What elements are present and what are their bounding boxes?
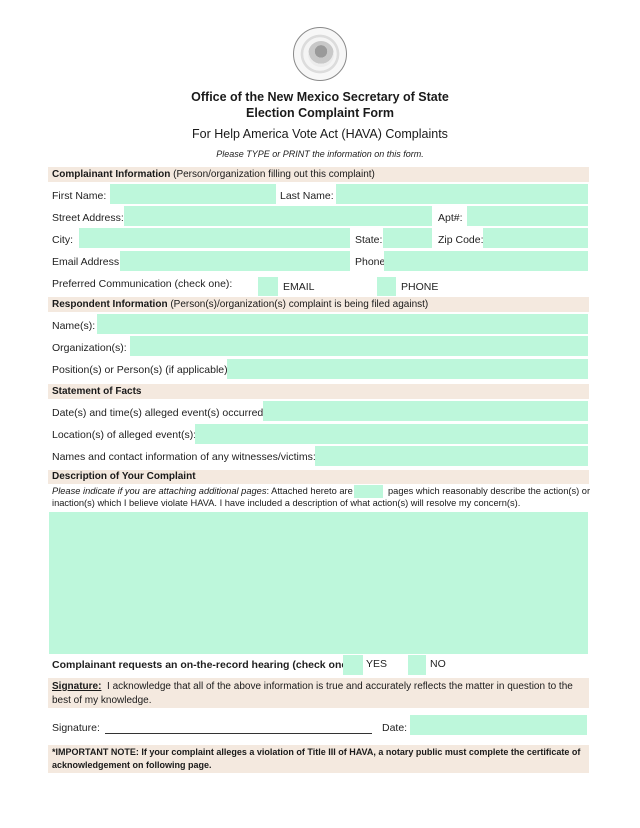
instructions: Please TYPE or PRINT the information on … [0,149,640,159]
witnesses-label: Names and contact information of any wit… [52,451,316,463]
last-name-label: Last Name: [280,190,334,202]
position-field[interactable] [227,359,588,379]
description-heading: Description of Your Complaint [48,470,589,484]
event-date-field[interactable] [263,401,588,421]
form-title: Election Complaint Form [0,106,640,120]
street-address-field[interactable] [124,206,432,226]
signature-date-field[interactable] [410,715,587,735]
attached-pages-text: pages which reasonably describe the acti… [388,486,590,496]
organization-field[interactable] [130,336,588,356]
first-name-label: First Name: [52,190,106,202]
attached-pages-text-2: inaction(s) which I believe violate HAVA… [52,498,520,508]
last-name-field[interactable] [336,184,588,204]
attached-pages-line: Please indicate if you are attaching add… [52,486,367,496]
hearing-yes-checkbox[interactable] [343,655,363,675]
hearing-yes-label: YES [366,658,387,670]
zip-code-label: Zip Code: [438,234,484,246]
respondent-names-field[interactable] [97,314,588,334]
city-field[interactable] [79,228,350,248]
event-date-label: Date(s) and time(s) alleged event(s) occ… [52,407,266,419]
signature-acknowledgement: Signature: I acknowledge that all of the… [48,678,589,708]
organization-label: Organization(s): [52,342,127,354]
office-title: Office of the New Mexico Secretary of St… [0,90,640,104]
phone-field[interactable] [384,251,588,271]
signature-line[interactable] [105,722,372,734]
signature-date-label: Date: [382,722,407,734]
state-field[interactable] [383,228,432,248]
hearing-no-label: NO [430,658,446,670]
street-address-label: Street Address: [52,212,124,224]
email-address-label: Email Address: [52,256,122,268]
important-note: *IMPORTANT NOTE: If your complaint alleg… [48,745,589,773]
hearing-label: Complainant requests an on-the-record he… [52,659,354,671]
state-seal-icon [293,27,347,81]
event-location-label: Location(s) of alleged event(s): [52,429,196,441]
apt-label: Apt#: [438,212,463,224]
complaint-description-textarea[interactable] [49,512,588,654]
zip-code-field[interactable] [483,228,588,248]
phone-option-label: PHONE [401,281,438,293]
signature-heading: Signature: [52,681,101,692]
first-name-field[interactable] [110,184,276,204]
attached-pages-count-field[interactable] [354,485,383,498]
city-label: City: [52,234,73,246]
apt-field[interactable] [467,206,588,226]
form-subtitle: For Help America Vote Act (HAVA) Complai… [0,127,640,141]
respondent-heading: Respondent Information (Person(s)/organi… [48,297,589,312]
event-location-field[interactable] [195,424,588,444]
witnesses-field[interactable] [315,446,588,466]
email-address-field[interactable] [120,251,350,271]
position-label: Position(s) or Person(s) (if applicable)… [52,364,231,376]
complainant-heading: Complainant Information (Person/organiza… [48,167,589,182]
phone-checkbox[interactable] [377,277,396,296]
preferred-communication-label: Preferred Communication (check one): [52,278,232,290]
acknowledgement-text-2: best of my knowledge. [52,695,152,706]
respondent-names-label: Name(s): [52,320,95,332]
state-label: State: [355,234,382,246]
email-checkbox[interactable] [258,277,278,296]
hearing-no-checkbox[interactable] [408,655,426,675]
acknowledgement-text: I acknowledge that all of the above info… [107,681,573,692]
statement-of-facts-heading: Statement of Facts [48,384,589,399]
email-option-label: EMAIL [283,281,315,293]
signature-label: Signature: [52,722,100,734]
